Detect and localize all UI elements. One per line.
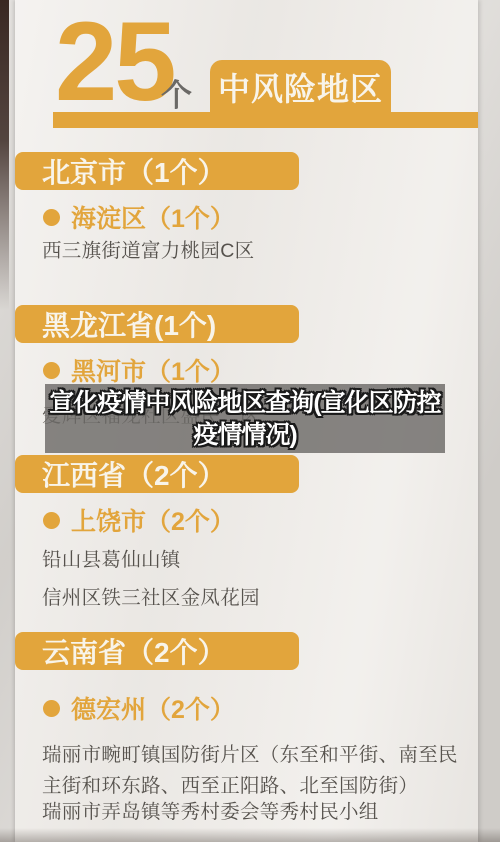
bottom-vignette [0, 828, 500, 842]
city-label: 德宏州（2个） [71, 690, 235, 726]
city-row-shangrao: 上饶市（2个） [43, 502, 235, 538]
province-badge-heilongjiang: 黑龙江省(1个) [15, 305, 299, 343]
area-item: 瑞丽市弄岛镇等秀村委会等秀村民小组 [42, 797, 476, 828]
infographic-page: 25 个 中风险地区 北京市（1个） 海淀区（1个） 西三旗街道富力桃园C区 黑… [0, 0, 500, 842]
area-item: 瑞丽市畹町镇国防街片区（东至和平街、南至民主街和环东路、西至正阳路、北至国防街） [42, 740, 476, 802]
watermark-title-line1: 宣化疫情中风险地区查询(宣化区防控 [49, 387, 440, 419]
bullet-icon [43, 209, 60, 226]
area-item: 西三旗街道富力桃园C区 [42, 236, 254, 267]
city-label: 黑河市（1个） [71, 352, 235, 388]
province-badge-beijing: 北京市（1个） [15, 152, 299, 190]
province-badge-yunnan: 云南省（2个） [15, 632, 299, 670]
risk-area-count: 25 [55, 6, 174, 118]
city-label: 上饶市（2个） [71, 502, 235, 538]
count-unit-label: 个 [161, 70, 192, 115]
city-row-heihe: 黑河市（1个） [43, 352, 235, 388]
bullet-icon [43, 362, 60, 379]
city-row-dehong: 德宏州（2个） [43, 690, 235, 726]
bullet-icon [43, 512, 60, 529]
city-label: 海淀区（1个） [71, 199, 235, 235]
title-badge: 中风险地区 [210, 60, 391, 113]
province-badge-jiangxi: 江西省（2个） [15, 455, 299, 493]
watermark-title-overlay: 宣化疫情中风险地区查询(宣化区防控 疫情情况) [45, 384, 445, 453]
area-item: 铅山县葛仙山镇 [42, 545, 181, 576]
bullet-icon [43, 700, 60, 717]
watermark-title-line2: 疫情情况) [193, 419, 296, 451]
area-item: 信州区铁三社区金凤花园 [42, 583, 260, 614]
city-row-haidian: 海淀区（1个） [43, 199, 235, 235]
page-corner-shadow [0, 0, 9, 310]
